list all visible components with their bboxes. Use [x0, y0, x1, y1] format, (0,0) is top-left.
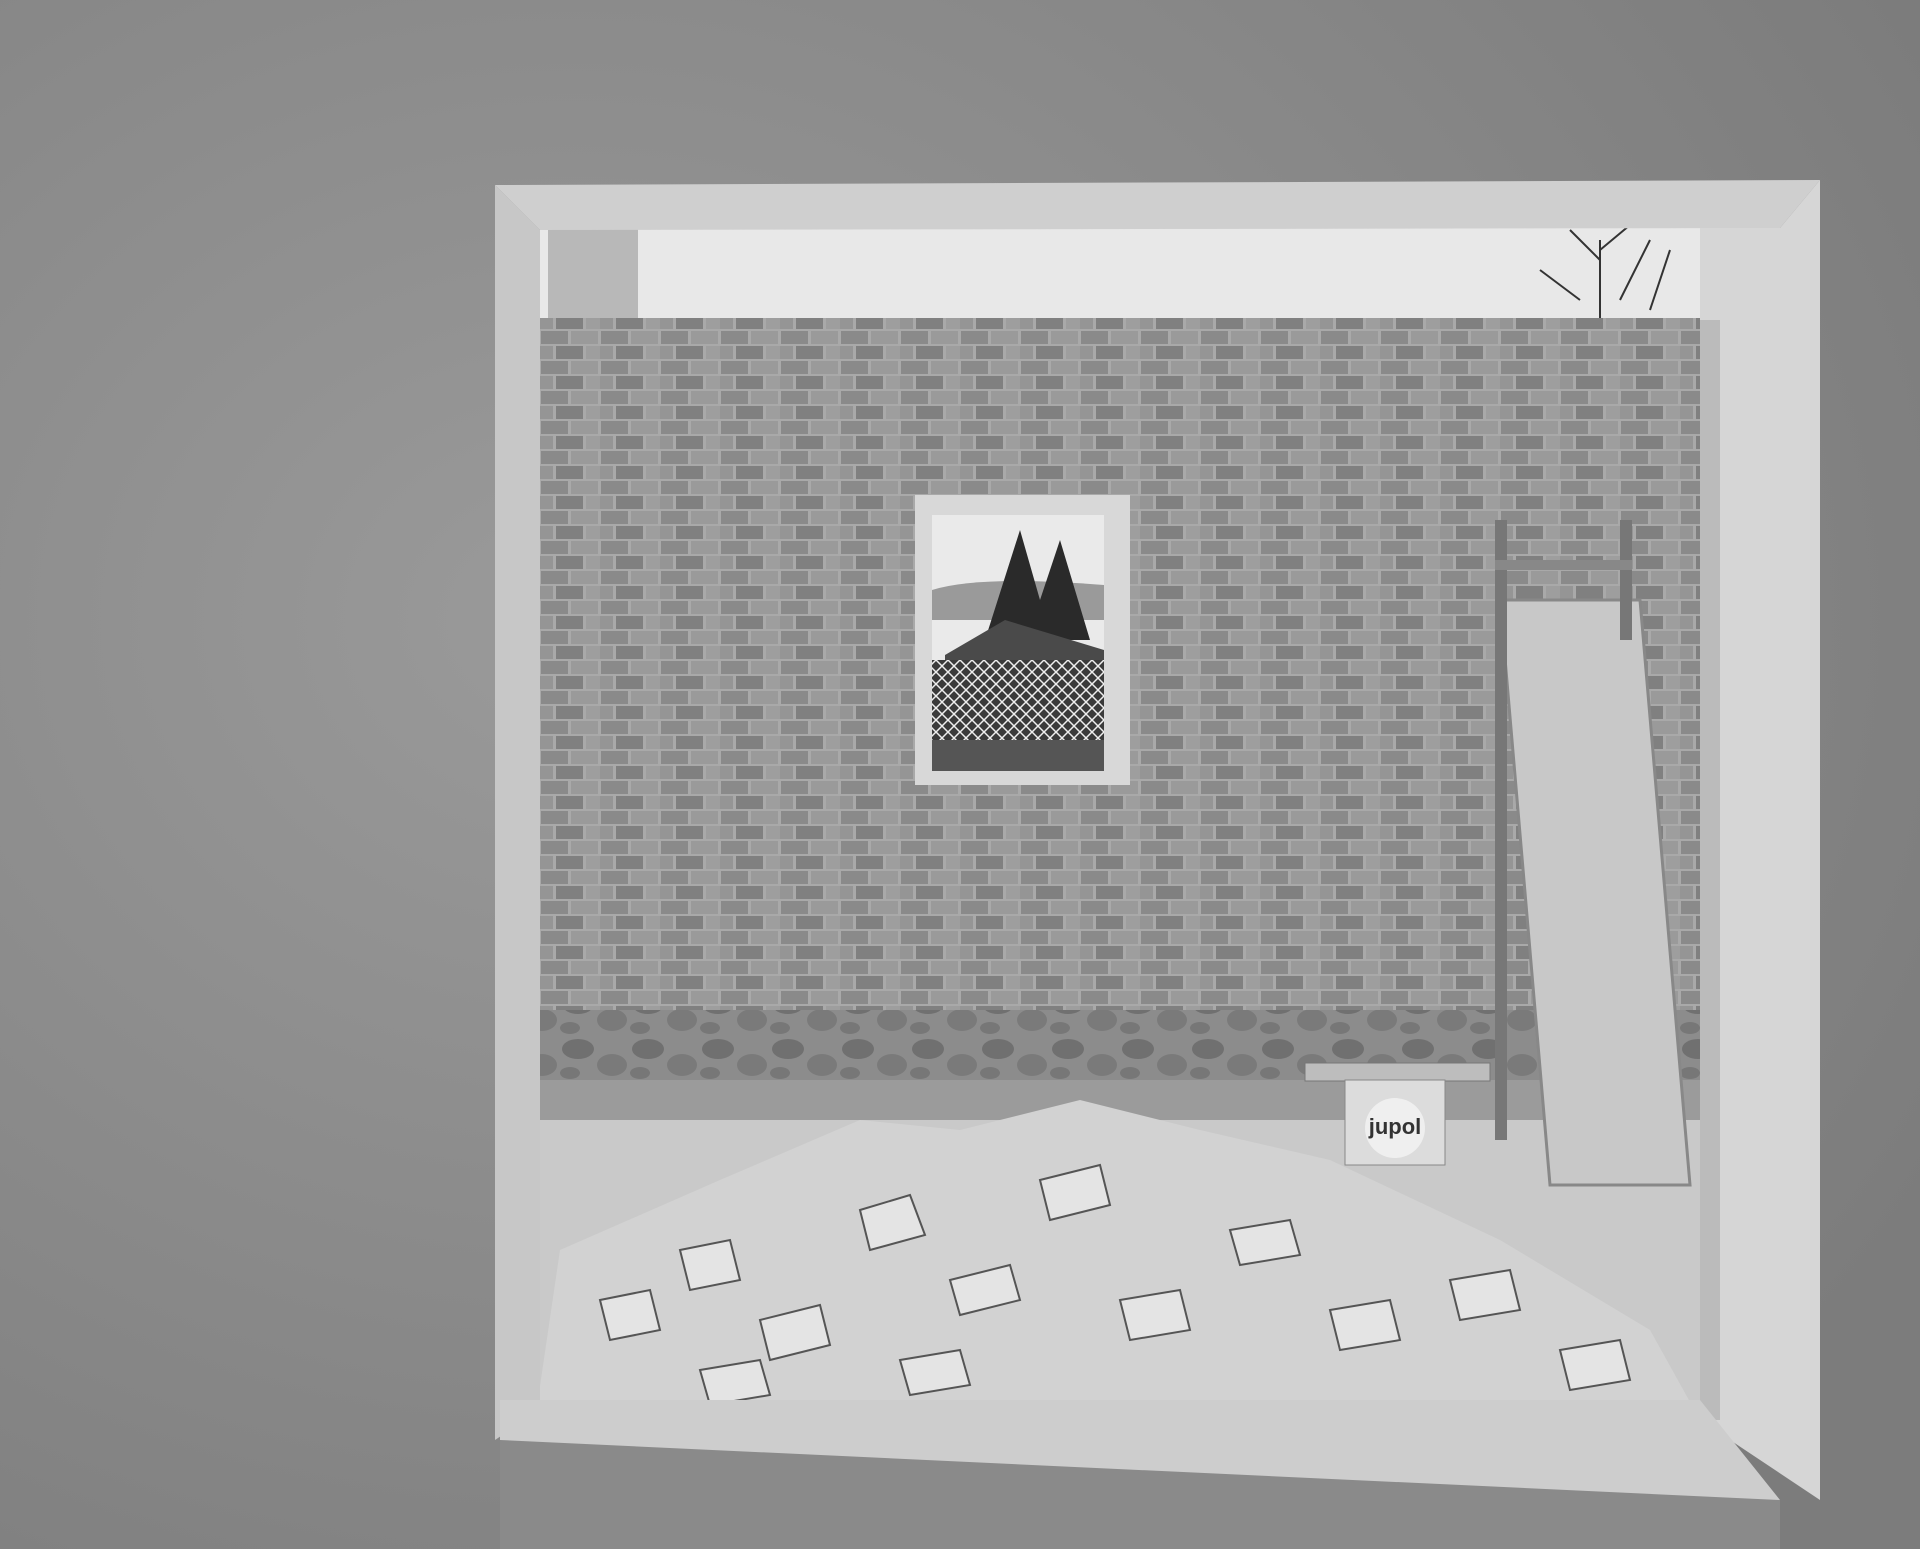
photo-artwork: jupol [0, 0, 1920, 1549]
photo-scene: jupol [0, 0, 1920, 1549]
svg-text:jupol: jupol [1368, 1114, 1422, 1139]
